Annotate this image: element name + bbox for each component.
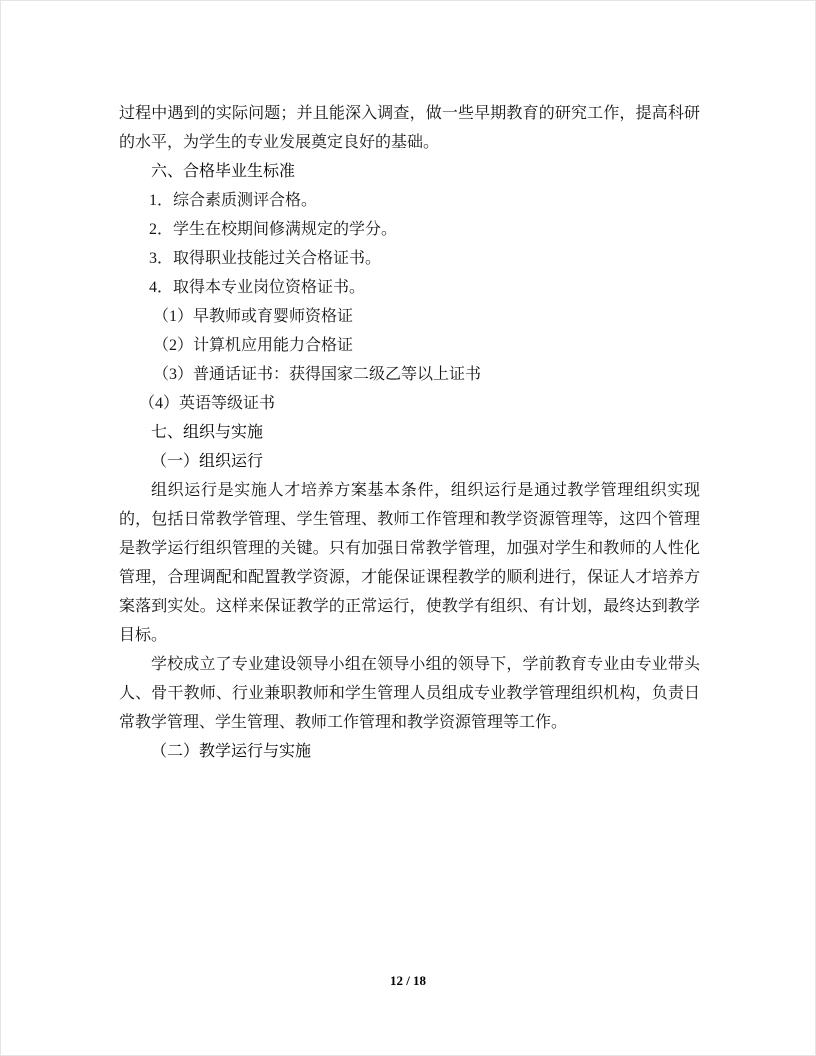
list-item-1: 1．综合素质测评合格。 <box>119 186 700 215</box>
document-body: 过程中遇到的实际问题；并且能深入调查，做一些早期教育的研究工作，提高科研的水平，… <box>119 99 700 766</box>
sub-item-2: （2）计算机应用能力合格证 <box>119 331 700 360</box>
page-number: 12 / 18 <box>1 973 815 989</box>
org-operation-paragraph-1: 组织运行是实施人才培养方案基本条件，组织运行是通过教学管理组织实现的，包括日常教… <box>119 476 700 650</box>
section-heading-7: 七、组织与实施 <box>119 418 700 447</box>
sub-item-1: （1）早教师或育婴师资格证 <box>119 302 700 331</box>
subsection-heading-2: （二）教学运行与实施 <box>119 737 700 766</box>
sub-item-4: （4）英语等级证书 <box>119 389 700 418</box>
list-item-3: 3．取得职业技能过关合格证书。 <box>119 244 700 273</box>
document-page: { "doc": { "intro_continuation": "过程中遇到的… <box>0 0 816 1056</box>
sub-item-3: （3）普通话证书：获得国家二级乙等以上证书 <box>119 360 700 389</box>
list-item-2: 2．学生在校期间修满规定的学分。 <box>119 215 700 244</box>
continuation-paragraph: 过程中遇到的实际问题；并且能深入调查，做一些早期教育的研究工作，提高科研的水平，… <box>119 99 700 157</box>
list-item-4: 4．取得本专业岗位资格证书。 <box>119 273 700 302</box>
subsection-heading-1: （一）组织运行 <box>119 447 700 476</box>
section-heading-6: 六、合格毕业生标准 <box>119 157 700 186</box>
org-operation-paragraph-2: 学校成立了专业建设领导小组在领导小组的领导下，学前教育专业由专业带头人、骨干教师… <box>119 650 700 737</box>
